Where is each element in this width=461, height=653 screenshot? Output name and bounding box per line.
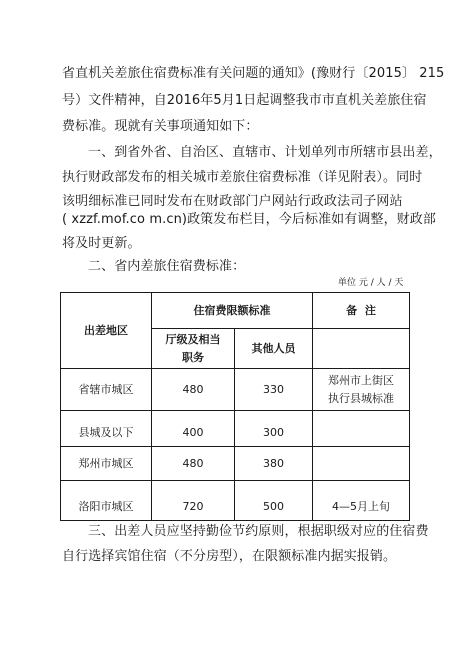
remark-line1: 郑州市上街区 [313, 372, 409, 390]
cell-region: 洛阳市城区 [61, 481, 152, 521]
cell-region: 省辖市城区 [61, 369, 152, 411]
header-limit-group: 住宿费限额标准 [152, 293, 313, 329]
cell-others: 380 [235, 447, 313, 481]
table-row: 省辖市城区 480 330 郑州市上街区 执行县城标准 [61, 369, 410, 411]
cell-others: 330 [235, 369, 313, 411]
header-senior: 厅级及相当 职务 [152, 329, 235, 369]
paragraph-line: 费标准。现就有关事项通知如下： [62, 119, 259, 135]
section-three-heading: 三、出差人员应坚持勤俭节约原则，根据职级对应的住宿费 [88, 524, 429, 540]
cell-remark: 郑州市上街区 执行县城标准 [313, 369, 410, 411]
cell-region: 县城及以下 [61, 411, 152, 447]
table-row: 洛阳市城区 720 500 4—5月上旬 [61, 481, 410, 521]
table-header-row: 出差地区 住宿费限额标准 备 注 [61, 293, 410, 329]
cell-remark: 4—5月上旬 [313, 481, 410, 521]
paragraph-line: 执行财政部发布的相关城市差旅住宿费标准（详见附表）。同时 [62, 170, 422, 186]
header-senior-line1: 厅级及相当 [152, 331, 234, 349]
header-remarks: 备 注 [313, 293, 410, 329]
cell-senior: 480 [152, 447, 235, 481]
section-two-heading: 二、省内差旅住宿费标准： [88, 259, 245, 275]
cell-others: 500 [235, 481, 313, 521]
table-row: 郑州市城区 480 380 [61, 447, 410, 481]
paragraph-line: 自行选择宾馆住宿（不分房型），在限额标准内据实报销。 [62, 549, 396, 565]
table-unit-label: 单位 元 / 人 / 天 [338, 278, 403, 289]
lodging-fee-table: 出差地区 住宿费限额标准 备 注 厅级及相当 职务 其他人员 省辖市城区 480… [60, 292, 410, 521]
cell-region: 郑州市城区 [61, 447, 152, 481]
cell-remark [313, 447, 410, 481]
cell-others: 300 [235, 411, 313, 447]
paragraph-line: ( xzzf.mof.co m.cn)政策发布栏目，今后标准如有调整，财政部 [62, 212, 436, 228]
paragraph-line: 将及时更新。 [62, 236, 141, 252]
section-one-heading: 一、到省外省、自治区、直辖市、计划单列市所辖市县出差， [88, 145, 442, 161]
table-row: 县城及以下 400 300 [61, 411, 410, 447]
header-senior-line2: 职务 [152, 349, 234, 367]
header-remarks-empty [313, 329, 410, 369]
header-region: 出差地区 [61, 293, 152, 369]
paragraph-line: 该明细标准已同时发布在财政部门户网站行政政法司子网站 [62, 194, 403, 210]
paragraph-line: 省直机关差旅住宿费标准有关问题的通知》(豫财行〔2015〕 215 [62, 66, 444, 82]
cell-senior: 720 [152, 481, 235, 521]
header-others: 其他人员 [235, 329, 313, 369]
paragraph-line: 号）文件精神，自2016年5月1日起调整我市市直机关差旅住宿 [62, 93, 427, 109]
cell-senior: 400 [152, 411, 235, 447]
remark-line2: 执行县城标准 [313, 390, 409, 408]
cell-remark [313, 411, 410, 447]
cell-senior: 480 [152, 369, 235, 411]
